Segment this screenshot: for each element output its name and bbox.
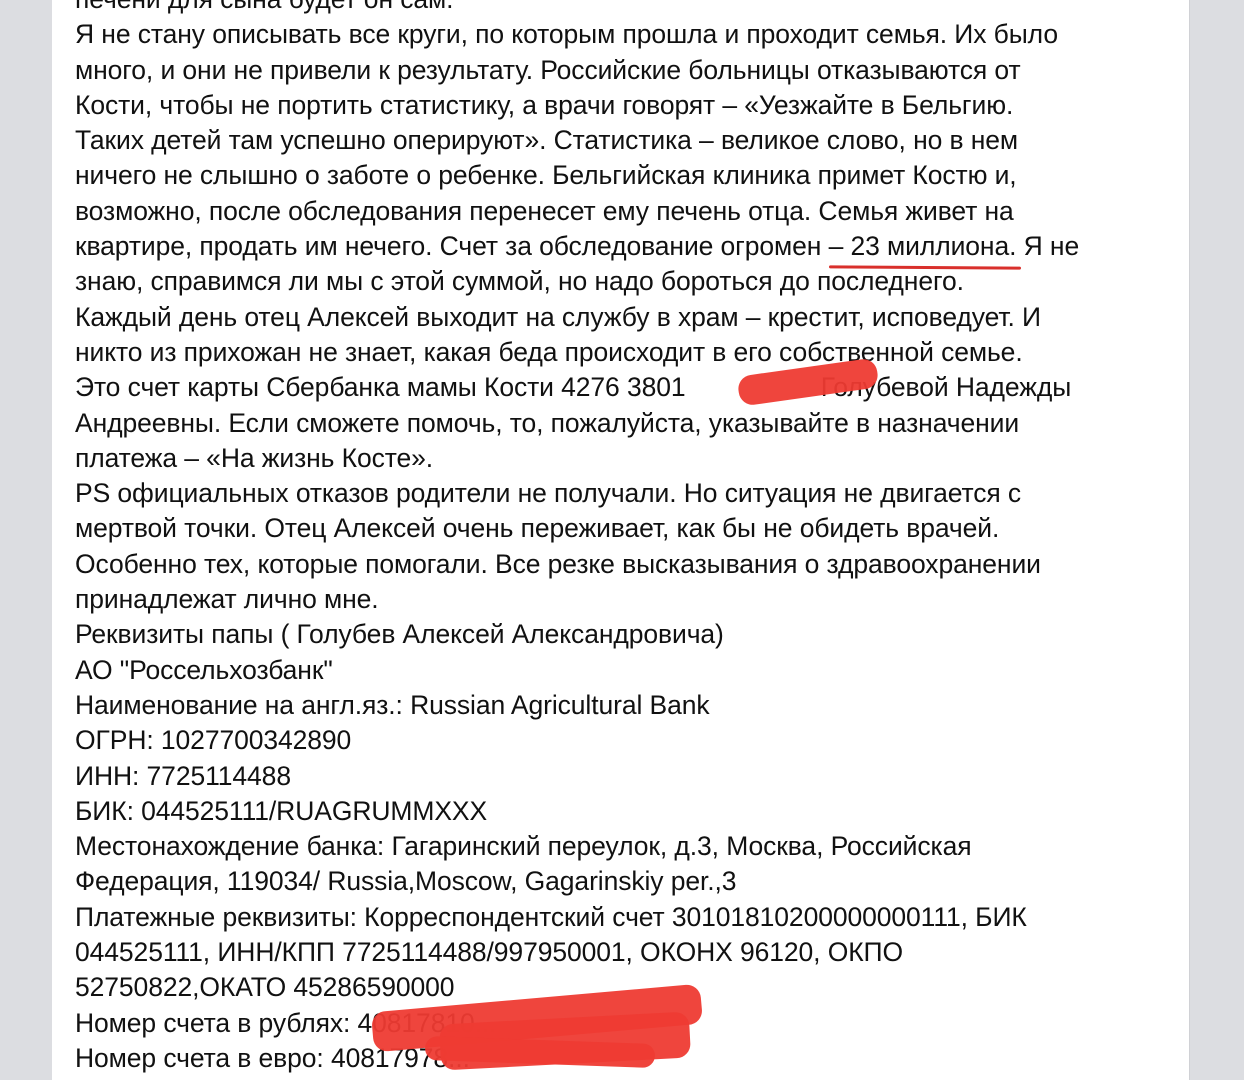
cost-highlight: – 23 миллиона. xyxy=(829,229,1017,264)
text-line: Особенно тех, которые помогали. Все резк… xyxy=(75,547,1175,582)
text-line: Я не стану описывать все круги, по котор… xyxy=(75,17,1175,52)
text-line: принадлежат лично мне. xyxy=(75,582,1175,617)
text-line: Таких детей там успешно оперируют». Стат… xyxy=(75,123,1175,158)
cost-text-after: Я не xyxy=(1016,231,1079,261)
text-line: Андреевны. Если сможете помочь, то, пожа… xyxy=(75,406,1175,441)
text-line: никто из прихожан не знает, какая беда п… xyxy=(75,335,1175,370)
eur-account-label: Номер счета в евро: xyxy=(75,1043,331,1073)
text-line: Реквизиты папы ( Голубев Алексей Алексан… xyxy=(75,617,1175,652)
cost-text-before: квартире, продать им нечего. Счет за обс… xyxy=(75,231,829,261)
text-line: Наименование на англ.яз.: Russian Agricu… xyxy=(75,688,1175,723)
cost-line: квартире, продать им нечего. Счет за обс… xyxy=(75,229,1175,264)
text-line: печени для сына будет он сам. xyxy=(75,0,1175,17)
text-line: АО "Россельхозбанк" xyxy=(75,653,1175,688)
text-line: много, и они не привели к результату. Ро… xyxy=(75,53,1175,88)
text-line: ОГРН: 1027700342890 xyxy=(75,723,1175,758)
text-line: Платежные реквизиты: Корреспондентский с… xyxy=(75,900,1175,935)
text-line: мертвой точки. Отец Алексей очень пережи… xyxy=(75,511,1175,546)
text-line: PS официальных отказов родители не получ… xyxy=(75,476,1175,511)
text-line: 044525111, ИНН/КПП 7725114488/997950001,… xyxy=(75,935,1175,970)
text-line: ничего не слышно о заботе о ребенке. Бел… xyxy=(75,158,1175,193)
post-body: печени для сына будет он сам. Я не стану… xyxy=(75,0,1175,1076)
rub-account-label: Номер счета в рублях: xyxy=(75,1008,358,1038)
text-line: Федерация, 119034/ Russia,Moscow, Gagari… xyxy=(75,864,1175,899)
text-line: платежа – «На жизнь Косте». xyxy=(75,441,1175,476)
text-line: знаю, справимся ли мы с этой суммой, но … xyxy=(75,264,1175,299)
text-line: Кости, чтобы не портить статистику, а вр… xyxy=(75,88,1175,123)
text-line: ИНН: 7725114488 xyxy=(75,759,1175,794)
text-line: возможно, после обследования перенесет е… xyxy=(75,194,1175,229)
card-number-line: Это счет карты Сбербанка мамы Кости 4276… xyxy=(75,370,1175,405)
text-line: БИК: 044525111/RUAGRUMMXXX xyxy=(75,794,1175,829)
text-line: Местонахождение банка: Гагаринский переу… xyxy=(75,829,1175,864)
text-line: Каждый день отец Алексей выходит на служ… xyxy=(75,300,1175,335)
card-text-before: Это счет карты Сбербанка мамы Кости 4276… xyxy=(75,372,693,402)
